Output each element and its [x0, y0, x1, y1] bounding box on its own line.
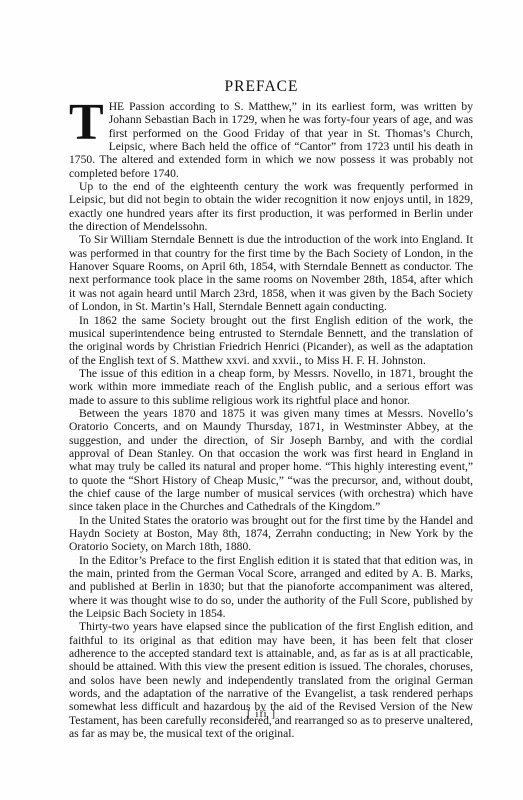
- preface-body: THE Passion according to S. Matthew,” in…: [69, 100, 473, 741]
- paragraph-3: To Sir William Sterndale Bennett is due …: [69, 233, 473, 313]
- paragraph-4: In 1862 the same Society brought out the…: [69, 314, 473, 367]
- paragraph-6: Between the years 1870 and 1875 it was g…: [69, 407, 473, 514]
- paragraph-8: In the Editor’s Preface to the first Eng…: [69, 554, 473, 621]
- document-page: PREFACE THE Passion according to S. Matt…: [0, 0, 523, 800]
- paragraph-7: In the United States the oratorio was br…: [69, 514, 473, 554]
- paragraph-9: Thirty-two years have elapsed since the …: [69, 620, 473, 740]
- paragraph-1: THE Passion according to S. Matthew,” in…: [69, 100, 473, 180]
- page-number: [ iii ]: [0, 708, 523, 720]
- paragraph-5: The issue of this edition in a cheap for…: [69, 367, 473, 407]
- paragraph-2: Up to the end of the eighteenth century …: [69, 180, 473, 233]
- paragraph-1-text: HE Passion according to S. Matthew,” in …: [69, 100, 473, 180]
- drop-cap: T: [69, 103, 104, 144]
